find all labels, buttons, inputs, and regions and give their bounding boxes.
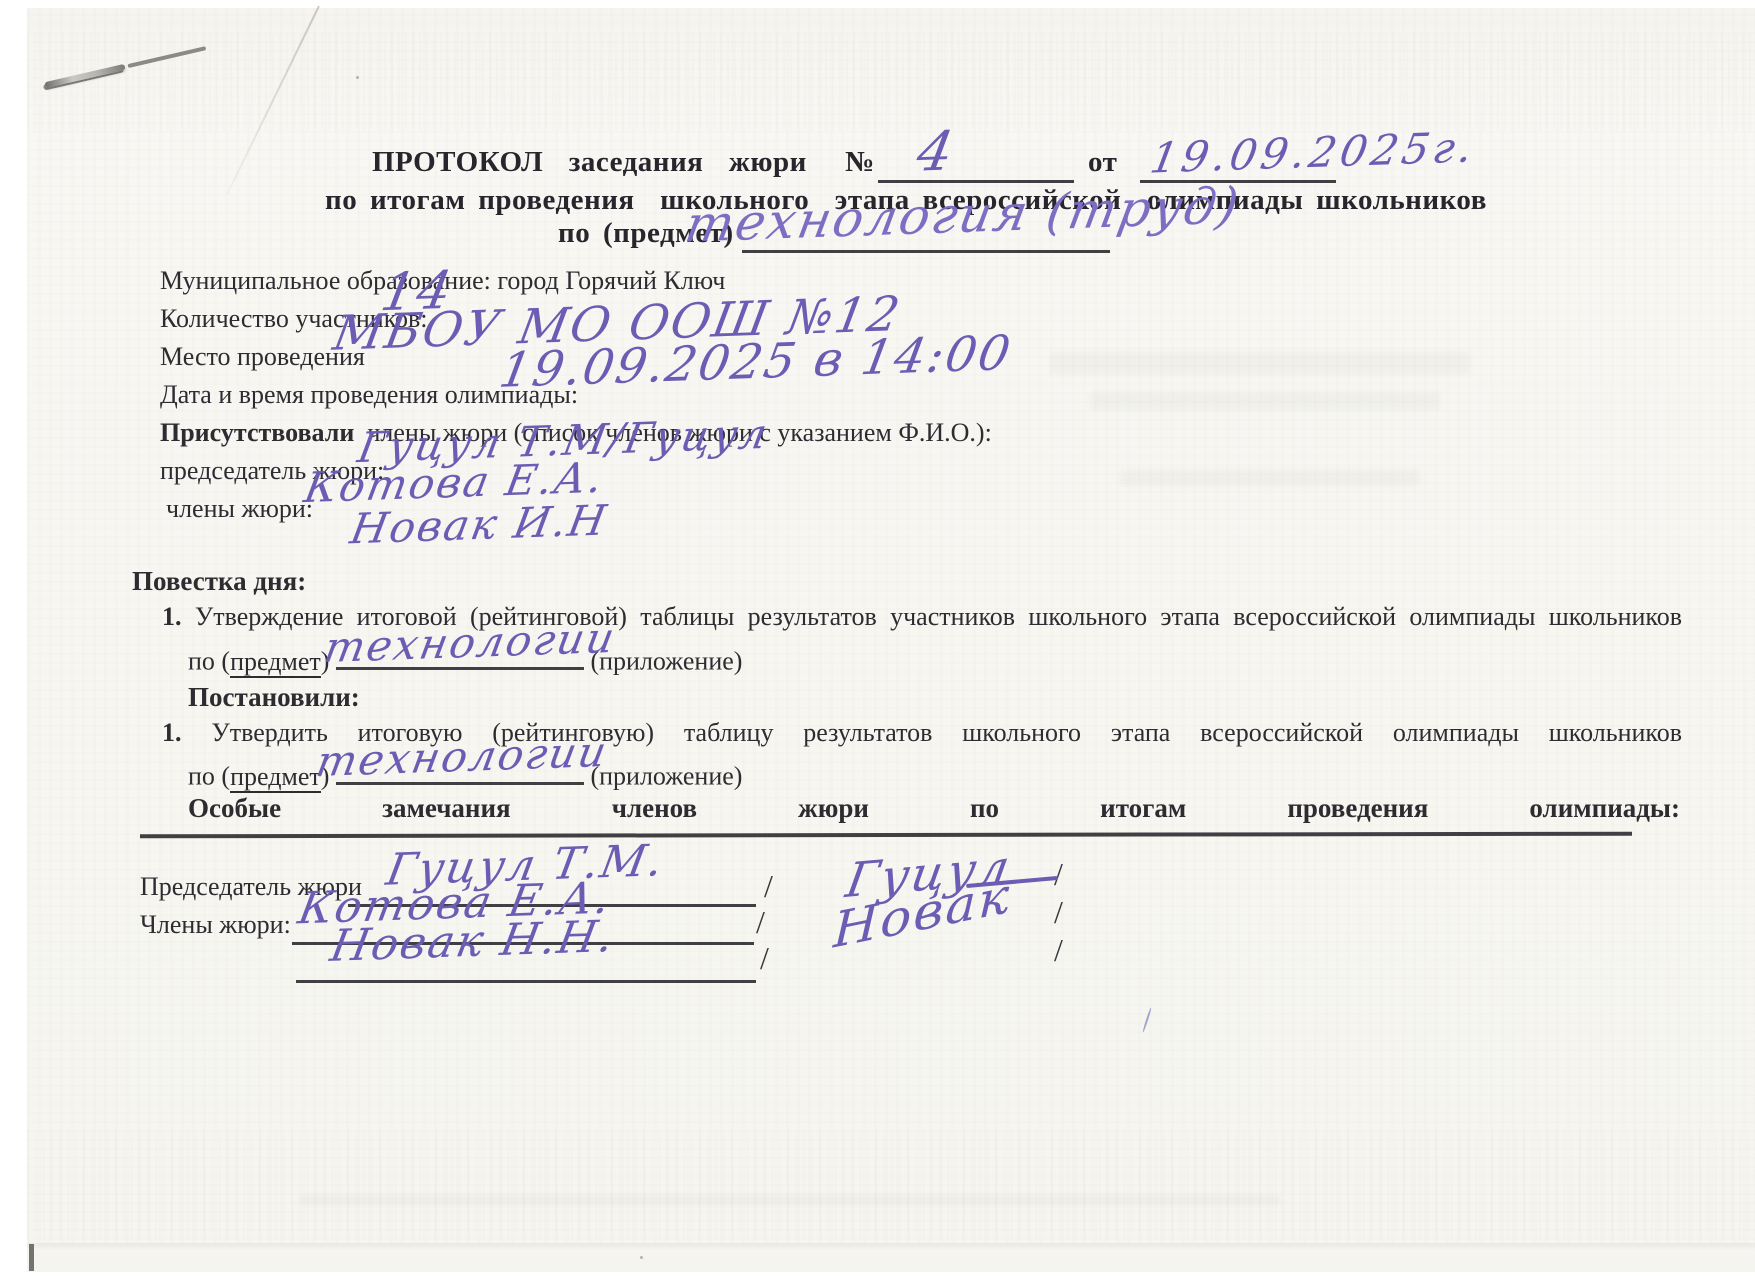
resolution-subject-prefix: по ( — [188, 762, 230, 791]
resolution-item-number: 1. — [162, 718, 182, 747]
signature-member2-name-handwritten: Новак Н.Н. — [327, 911, 620, 972]
slash-separator: / — [1054, 932, 1063, 969]
agenda-heading: Повестка дня: — [132, 566, 306, 597]
scanner-edge-strip — [27, 1243, 1755, 1272]
slash-separator: / — [760, 940, 769, 977]
subject-blank-line — [742, 250, 1110, 253]
resolution-subject-tail: (приложение) — [584, 762, 743, 791]
scan-noise-top — [27, 34, 1755, 130]
bleed-through-ghost — [1090, 392, 1440, 410]
scan-speck — [356, 76, 359, 79]
agenda-item-number: 1. — [162, 602, 182, 631]
slash-separator: / — [764, 868, 773, 905]
resolution-heading: Постановили: — [188, 682, 360, 713]
scanned-protocol-document: { "doc": { "title": { "line1_label": "ПР… — [0, 0, 1755, 1276]
attendees-bold-word: Присутствовали — [160, 418, 354, 447]
resolution-subject-handwritten: технологии — [313, 727, 612, 786]
scanner-edge-mark — [29, 1244, 34, 1271]
bleed-through-ghost — [1050, 352, 1470, 374]
signature-line-3 — [296, 980, 756, 983]
slash-separator: / — [1054, 894, 1063, 931]
signature-members-label: Члены жюри: — [140, 910, 291, 940]
protocol-from-label: от — [1088, 146, 1117, 179]
slash-separator: / — [1054, 856, 1063, 893]
scan-bottom-margin — [0, 1272, 1755, 1276]
agenda-subject-prefix: по ( — [188, 647, 230, 676]
members-label: члены жюри: — [166, 494, 313, 524]
agenda-subject-underlined-word: предмет — [230, 647, 321, 678]
member2-handwritten: Новак И.Н — [347, 496, 612, 554]
resolution-subject-underlined-word: предмет — [230, 762, 321, 793]
bleed-through-ghost — [1120, 470, 1420, 486]
remarks-heading: Особые замечания членов жюри по итогам п… — [188, 793, 1680, 824]
slash-separator: / — [756, 904, 765, 941]
bleed-through-ghost — [300, 1195, 1280, 1205]
scan-speck — [640, 1256, 643, 1259]
protocol-title: ПРОТОКОЛ заседания жюри № — [372, 146, 875, 179]
scan-noise-bottom — [27, 1130, 1755, 1238]
agenda-subject-handwritten: технологии — [321, 613, 620, 672]
